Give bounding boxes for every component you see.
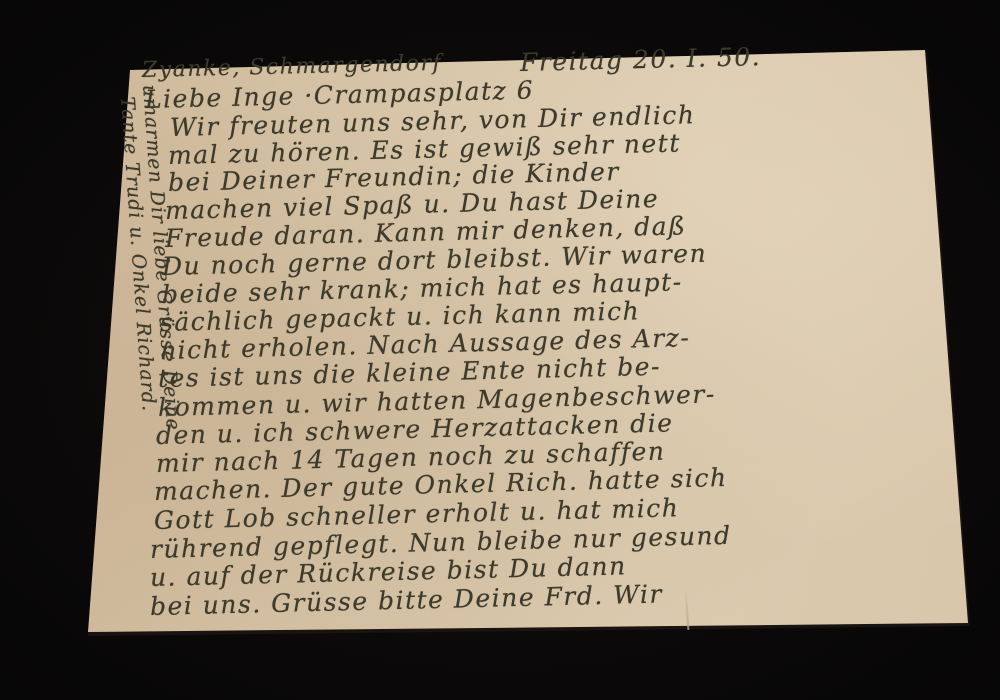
photo-stage: Zyanke, Schmargendorf Freitag 20. I. 50.… <box>0 0 1000 700</box>
letter-date: Freitag 20. I. 50. <box>520 42 762 77</box>
handwriting: Zyanke, Schmargendorf Freitag 20. I. 50.… <box>0 0 1000 700</box>
